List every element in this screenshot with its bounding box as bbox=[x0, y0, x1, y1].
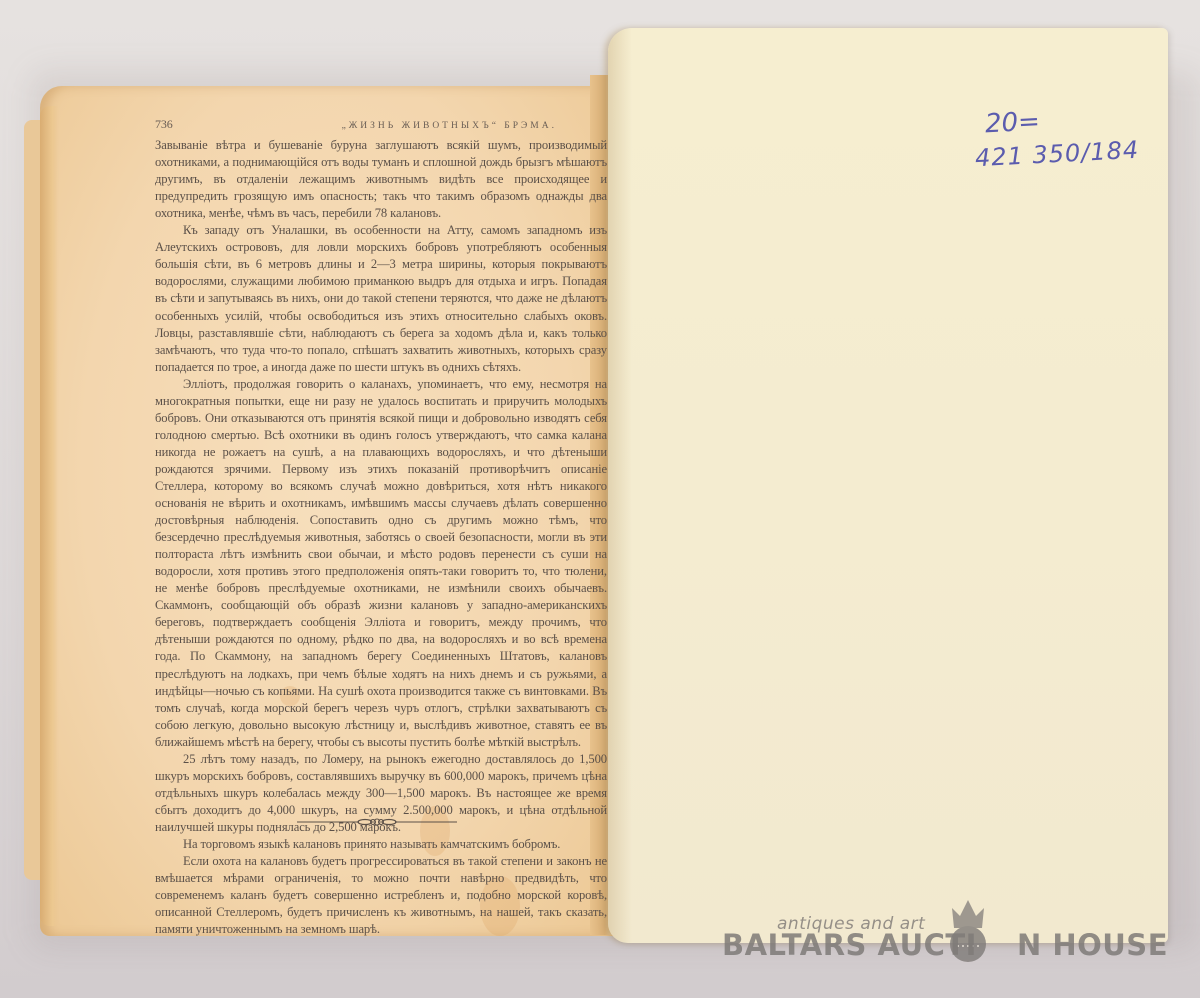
running-title: „ЖИЗНЬ ЖИВОТНЫХЪ“ БРЭМА. bbox=[342, 118, 557, 135]
handwritten-price: 20= bbox=[984, 107, 1040, 140]
paragraph: Къ западу отъ Уналашки, въ особенности н… bbox=[155, 222, 607, 375]
left-page-edge bbox=[40, 106, 58, 926]
watermark-name-part2: N HOUSE bbox=[1017, 928, 1168, 962]
watermark-name: BALTARS AUCTIN HOUSE bbox=[722, 928, 1168, 962]
paragraph: Эллiотъ, продолжая говорить о каланахъ, … bbox=[155, 376, 607, 751]
paragraph: Если охота на калановъ будетъ прогрессир… bbox=[155, 853, 607, 938]
paragraph: На торговомъ языкѣ калановъ принято назы… bbox=[155, 836, 607, 853]
tailpiece-ornament-icon bbox=[297, 815, 457, 829]
watermark-name-part1: BALTARS AUCTI bbox=[722, 928, 977, 962]
right-page-inner-edge bbox=[608, 28, 632, 943]
paragraph: Завываніе вѣтра и бушеваніе буруна заглу… bbox=[155, 137, 607, 222]
page-number: 736 bbox=[155, 116, 173, 133]
running-head: 736 „ЖИЗНЬ ЖИВОТНЫХЪ“ БРЭМА. bbox=[155, 116, 607, 135]
